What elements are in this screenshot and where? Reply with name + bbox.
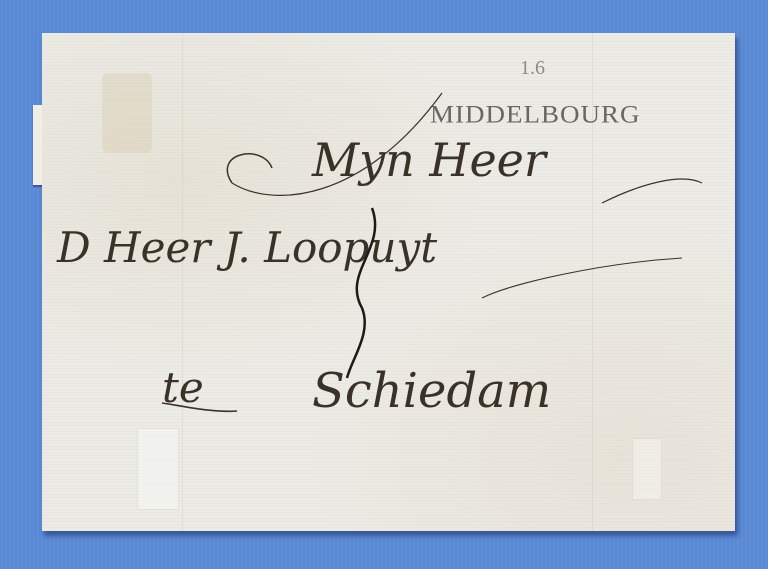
rate-mark-stroke	[347, 208, 375, 378]
letter-sheet: 1.6 MIDDELBOURG Myn Heer D Heer J. Loopu…	[42, 33, 735, 531]
ink-flourishes	[42, 33, 735, 531]
